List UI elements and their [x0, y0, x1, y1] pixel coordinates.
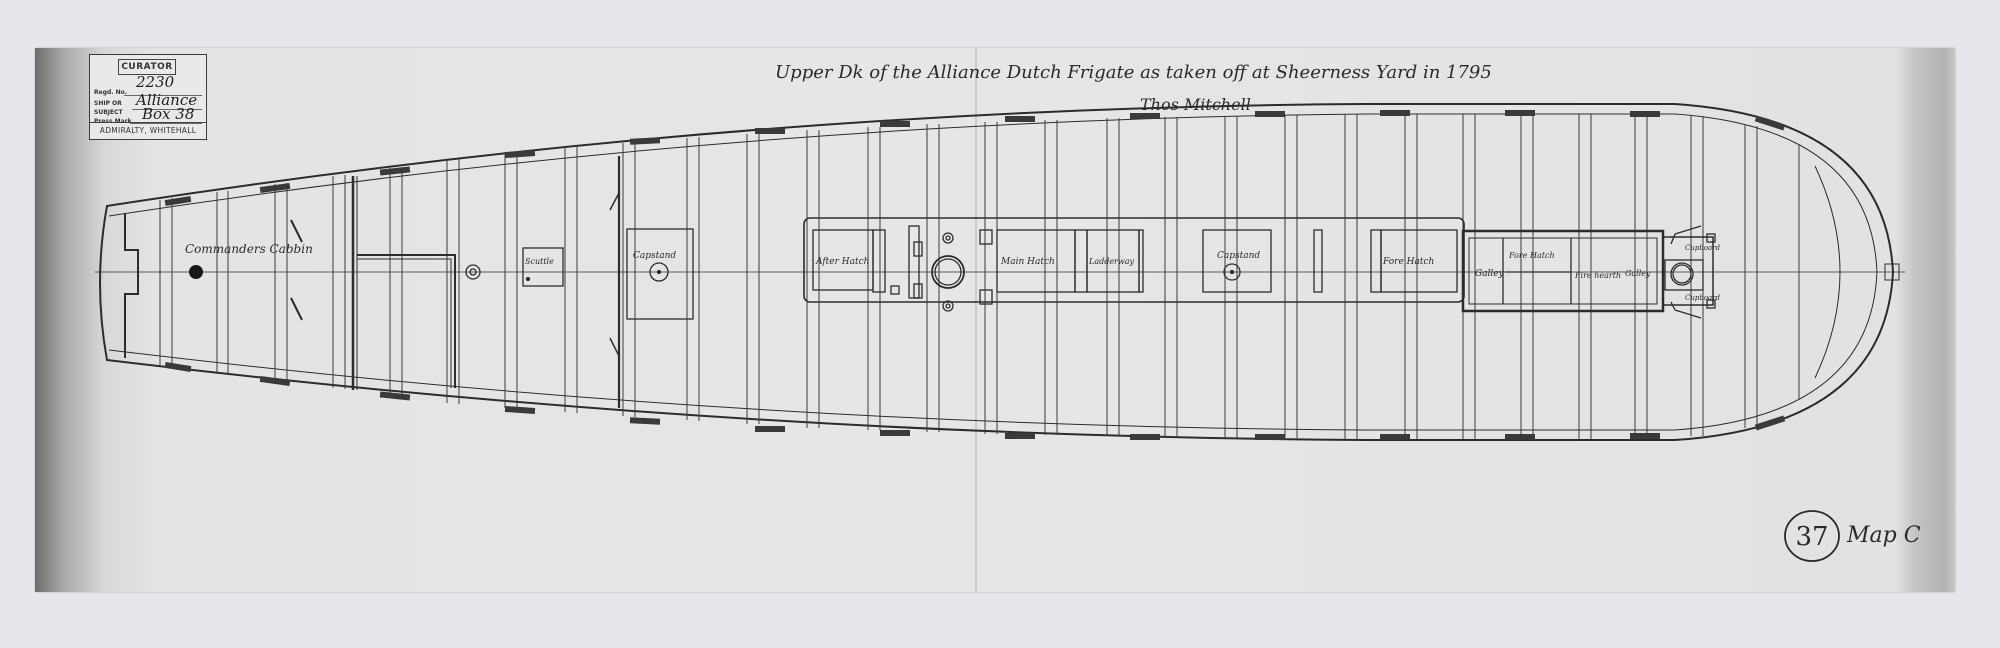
label-capstan-fore: Capstand: [1217, 251, 1260, 261]
label-commanders-cabin: Commanders Cabbin: [185, 242, 313, 256]
catalogue-number: 37: [1795, 522, 1828, 552]
label-fire-hearth: Fire hearth: [1574, 271, 1621, 280]
deck-plan-drawing: Commanders Cabbin Scuttle Capstand After…: [35, 48, 1955, 592]
mizzen-mast: [189, 265, 203, 279]
label-main-hatch: Main Hatch: [1000, 257, 1055, 267]
label-galley-1: Galley: [1475, 269, 1505, 279]
label-after-hatch: After Hatch: [815, 257, 869, 267]
deck-beams: [160, 114, 1799, 439]
drawing-signature: Thos Mitchell: [1140, 95, 1251, 114]
label-fore-hatch-small: Fore Hatch: [1508, 251, 1555, 260]
label-galley-2: Galley: [1625, 269, 1651, 278]
label-cupboard-bottom: Cupboard: [1685, 294, 1721, 302]
gun-ports: [165, 110, 1786, 440]
label-capstan-aft: Capstand: [633, 251, 676, 261]
drawing-title: Upper Dk of the Alliance Dutch Frigate a…: [775, 62, 1492, 83]
plan-sheet: CURATOR Regd. No. 2230 SHIP OR SUBJECT A…: [35, 48, 1955, 592]
label-ladderway: Ladderway: [1088, 257, 1135, 266]
catalogue-note: Map C: [1846, 523, 1921, 548]
cabin-partition: [357, 255, 455, 388]
label-fore-hatch: Fore Hatch: [1382, 257, 1434, 267]
stern-bulkhead: [125, 213, 138, 358]
capstan-aft-platform: [627, 229, 693, 319]
label-scuttle: Scuttle: [525, 257, 554, 266]
label-cupboard-top: Cupboard: [1685, 244, 1721, 252]
